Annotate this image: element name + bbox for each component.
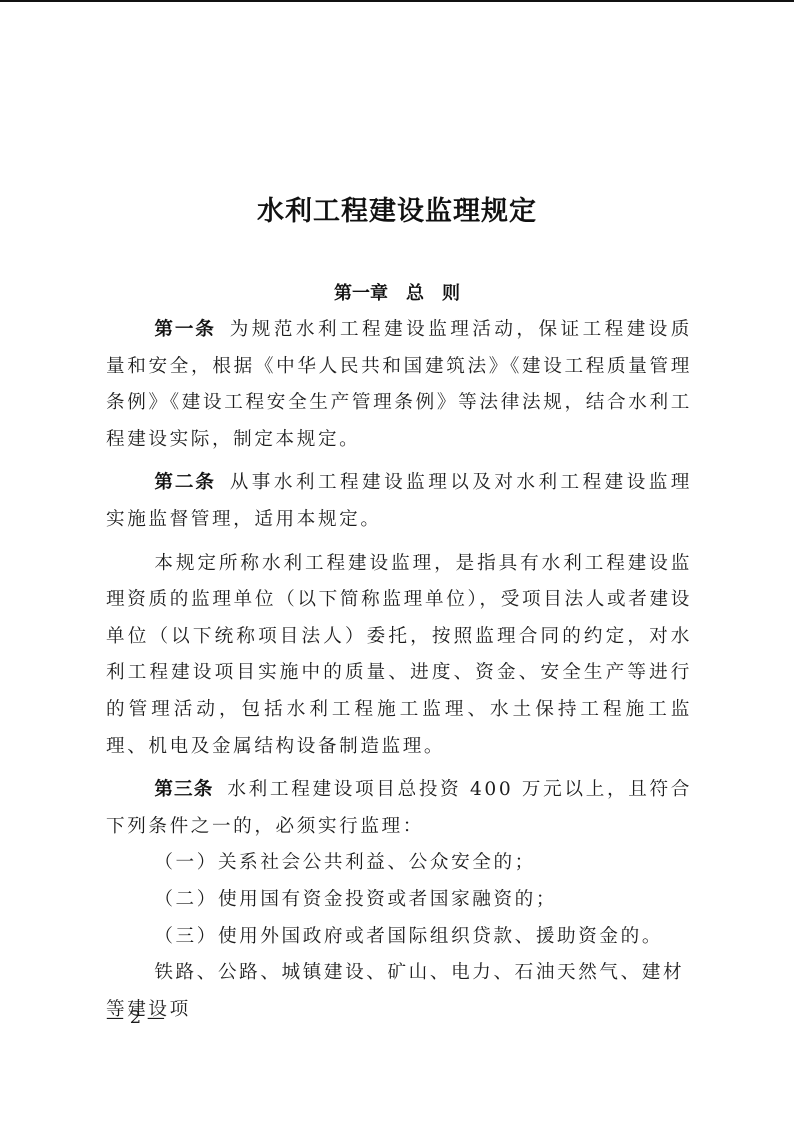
list-item-text: （一）关系社会公共利益、公众安全的； (154, 852, 536, 873)
paragraph-text: 本规定所称水利工程建设监理，是指具有水利工程建设监理资质的监理单位（以下简称监理… (106, 553, 692, 757)
list-item-text: （三）使用外国政府或者国际组织贷款、援助资金的。 (154, 926, 663, 947)
paragraph-text: 铁路、公路、城镇建设、矿山、电力、石油天然气、建材等建设项 (106, 962, 684, 1020)
chapter-heading: 第一章 总 则 (0, 279, 794, 305)
article-2: 第二条从事水利工程建设监理以及对水利工程建设监理实施监督管理，适用本规定。 (106, 465, 692, 538)
definition-paragraph: 本规定所称水利工程建设监理，是指具有水利工程建设监理资质的监理单位（以下简称监理… (106, 546, 692, 766)
article-label: 第三条 (154, 779, 213, 800)
condition-item-2: （二）使用国有资金投资或者国家融资的； (106, 882, 692, 919)
article-label: 第一条 (154, 319, 215, 340)
page-number: — 2 — (106, 1007, 165, 1028)
list-item-text: （二）使用国有资金投资或者国家融资的； (154, 889, 557, 910)
top-border-line (0, 0, 794, 2)
document-title: 水利工程建设监理规定 (0, 189, 794, 228)
article-1: 第一条为规范水利工程建设监理活动，保证工程建设质量和安全，根据《中华人民共和国建… (106, 312, 692, 458)
document-body: 第一条为规范水利工程建设监理活动，保证工程建设质量和安全，根据《中华人民共和国建… (106, 312, 692, 1028)
continuation-paragraph: 铁路、公路、城镇建设、矿山、电力、石油天然气、建材等建设项 (106, 955, 692, 1028)
article-label: 第二条 (154, 472, 215, 493)
condition-item-3: （三）使用外国政府或者国际组织贷款、援助资金的。 (106, 919, 692, 956)
condition-item-1: （一）关系社会公共利益、公众安全的； (106, 845, 692, 882)
article-3: 第三条水利工程建设项目总投资 400 万元以上，且符合下列条件之一的，必须实行监… (106, 772, 692, 845)
